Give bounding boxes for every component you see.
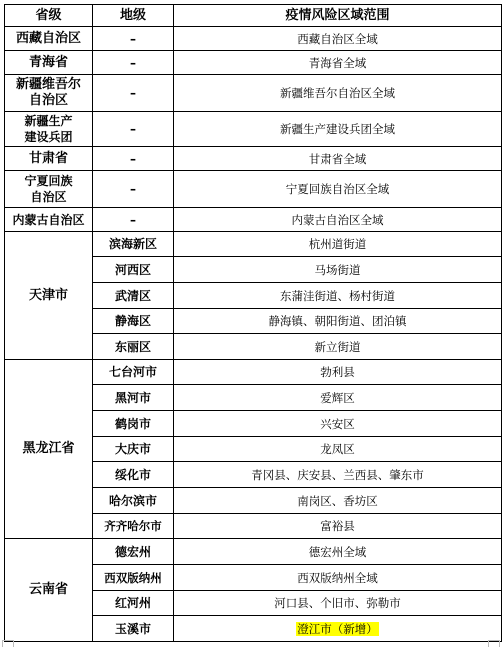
area-cell: 南岗区、香坊区 <box>174 488 502 514</box>
province-cell: 内蒙古自治区 <box>5 208 93 232</box>
table-row: 云南省 德宏州 德宏州全域 <box>5 539 502 565</box>
city-cell: – <box>93 112 174 147</box>
page-corner-mark-right <box>488 640 500 647</box>
province-cell: 甘肃省 <box>5 147 93 171</box>
area-cell: 爱辉区 <box>174 385 502 411</box>
city-cell: 齐齐哈尔市 <box>93 514 174 539</box>
table-row: 黑龙江省 七台河市 勃利县 <box>5 360 502 385</box>
risk-area-table: 省级 地级 疫情风险区域范围 西藏自治区 – 西藏自治区全域 青海省 – 青海省… <box>4 4 502 642</box>
city-cell: 绥化市 <box>93 462 174 488</box>
city-cell: – <box>93 27 174 51</box>
table-row: 青海省 – 青海省全域 <box>5 51 502 75</box>
city-cell: 滨海新区 <box>93 232 174 257</box>
city-cell: 七台河市 <box>93 360 174 385</box>
header-area: 疫情风险区域范围 <box>174 5 502 27</box>
area-cell: 新立街道 <box>174 334 502 360</box>
table-row: 天津市 滨海新区 杭州道街道 <box>5 232 502 257</box>
city-cell: 哈尔滨市 <box>93 488 174 514</box>
area-cell: 青冈县、庆安县、兰西县、肇东市 <box>174 462 502 488</box>
table-row: 西藏自治区 – 西藏自治区全域 <box>5 27 502 51</box>
area-cell: 东蒲洼街道、杨村街道 <box>174 283 502 309</box>
table-row: 新疆生产 建设兵团 – 新疆生产建设兵团全域 <box>5 112 502 147</box>
area-cell: 新疆维吾尔自治区全域 <box>174 75 502 112</box>
area-cell: 内蒙古自治区全域 <box>174 208 502 232</box>
city-cell: 大庆市 <box>93 437 174 462</box>
city-cell: – <box>93 75 174 112</box>
province-cell: 宁夏回族 自治区 <box>5 171 93 208</box>
city-cell: 红河州 <box>93 591 174 616</box>
city-cell: – <box>93 51 174 75</box>
header-province: 省级 <box>5 5 93 27</box>
area-cell: 宁夏回族自治区全域 <box>174 171 502 208</box>
province-cell: 青海省 <box>5 51 93 75</box>
table-row: 新疆维吾尔 自治区 – 新疆维吾尔自治区全域 <box>5 75 502 112</box>
area-cell: 甘肃省全域 <box>174 147 502 171</box>
area-cell: 德宏州全域 <box>174 539 502 565</box>
city-cell: 西双版纳州 <box>93 565 174 591</box>
area-cell: 河口县、个旧市、弥勒市 <box>174 591 502 616</box>
table-row: 甘肃省 – 甘肃省全域 <box>5 147 502 171</box>
area-cell: 马场街道 <box>174 257 502 283</box>
area-cell: 富裕县 <box>174 514 502 539</box>
area-cell: 新疆生产建设兵团全域 <box>174 112 502 147</box>
new-added-highlight: 澄江市（新增） <box>296 622 379 636</box>
table-row: 宁夏回族 自治区 – 宁夏回族自治区全域 <box>5 171 502 208</box>
city-cell: 玉溪市 <box>93 616 174 642</box>
page-corner-mark-left <box>2 640 14 647</box>
area-cell: 杭州道街道 <box>174 232 502 257</box>
province-cell: 黑龙江省 <box>5 360 93 539</box>
header-row: 省级 地级 疫情风险区域范围 <box>5 5 502 27</box>
area-cell: 龙凤区 <box>174 437 502 462</box>
city-cell: – <box>93 171 174 208</box>
header-city: 地级 <box>93 5 174 27</box>
province-cell: 西藏自治区 <box>5 27 93 51</box>
area-cell: 西藏自治区全域 <box>174 27 502 51</box>
city-cell: 武清区 <box>93 283 174 309</box>
province-cell: 天津市 <box>5 232 93 360</box>
province-cell: 新疆维吾尔 自治区 <box>5 75 93 112</box>
province-cell: 云南省 <box>5 539 93 642</box>
city-cell: 德宏州 <box>93 539 174 565</box>
area-cell: 兴安区 <box>174 411 502 437</box>
city-cell: 黑河市 <box>93 385 174 411</box>
province-cell: 新疆生产 建设兵团 <box>5 112 93 147</box>
area-cell: 青海省全域 <box>174 51 502 75</box>
area-cell: 静海镇、朝阳街道、团泊镇 <box>174 309 502 334</box>
city-cell: – <box>93 208 174 232</box>
city-cell: – <box>93 147 174 171</box>
table-row: 内蒙古自治区 – 内蒙古自治区全域 <box>5 208 502 232</box>
area-cell: 澄江市（新增） <box>174 616 502 642</box>
city-cell: 河西区 <box>93 257 174 283</box>
area-cell: 西双版纳州全域 <box>174 565 502 591</box>
city-cell: 东丽区 <box>93 334 174 360</box>
city-cell: 鹤岗市 <box>93 411 174 437</box>
area-cell: 勃利县 <box>174 360 502 385</box>
city-cell: 静海区 <box>93 309 174 334</box>
